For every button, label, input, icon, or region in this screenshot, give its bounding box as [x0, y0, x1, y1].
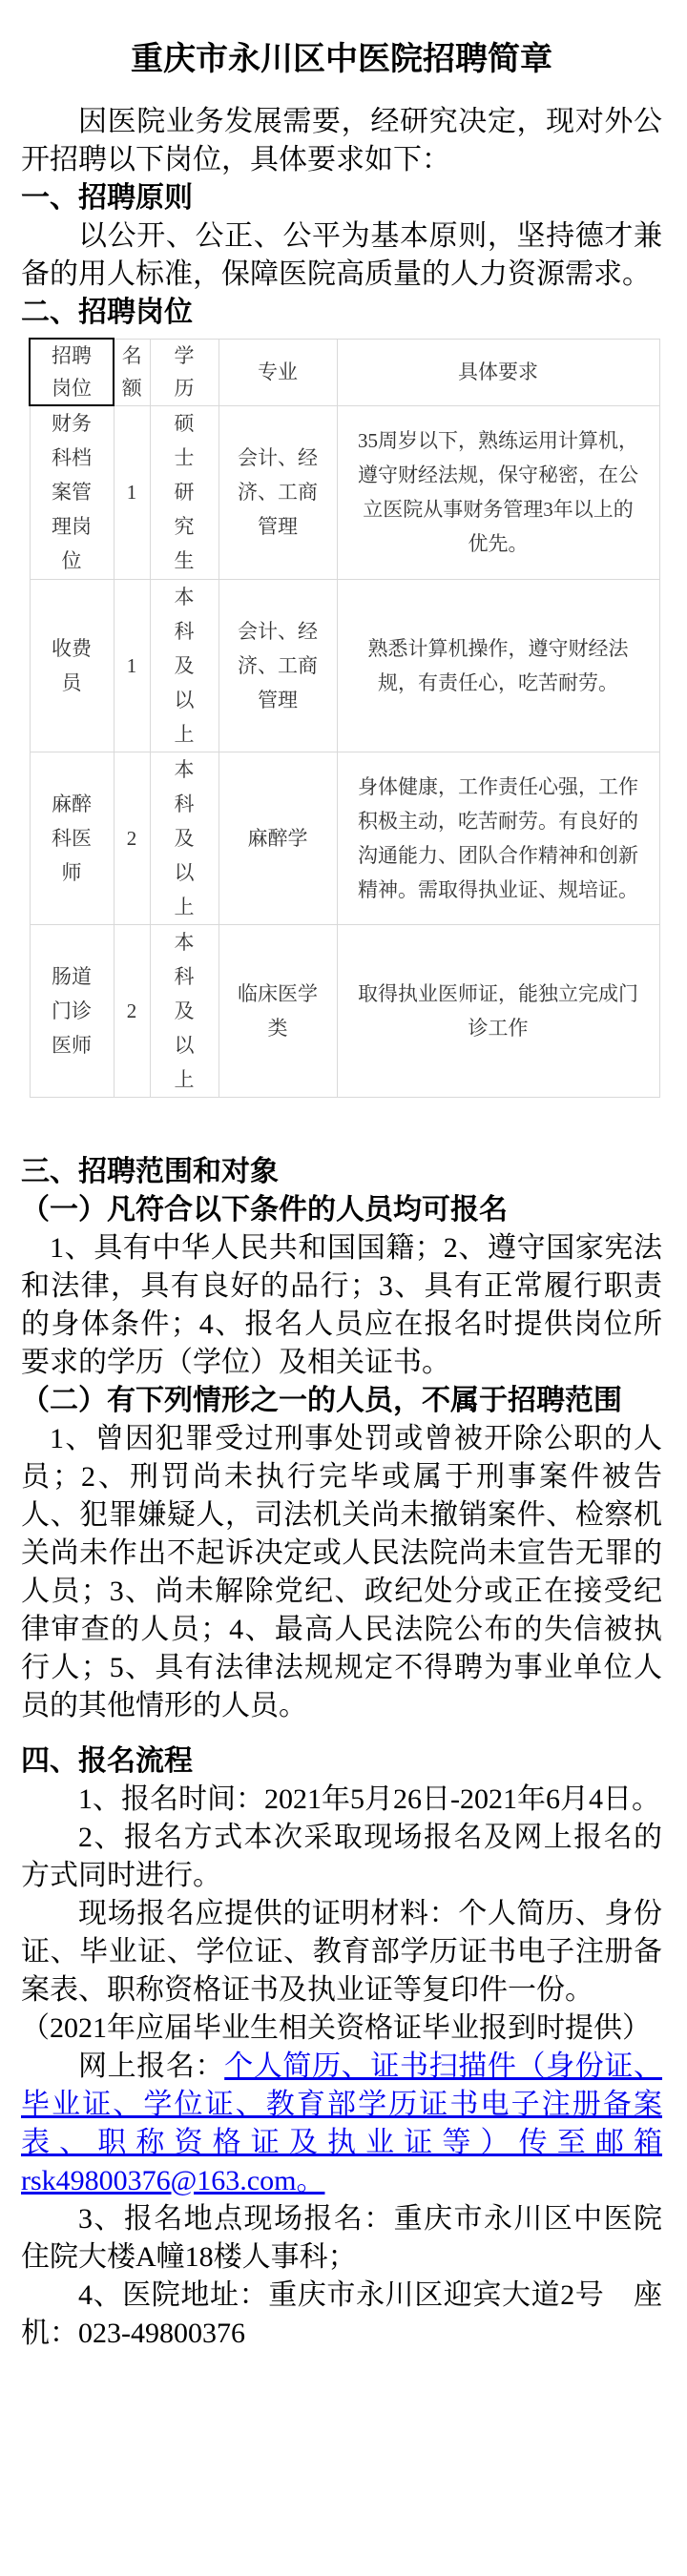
intro-paragraph: 因医院业务发展需要，经研究决定，现对外公开招聘以下岗位，具体要求如下：	[21, 103, 662, 179]
table-row-anesthesiologist: 麻醉科医师 2 本科及以上 麻醉学 身体健康，工作责任心强，工作积极主动，吃苦耐…	[30, 752, 659, 924]
table-row-intestinal-clinic-doctor: 肠道门诊医师 2 本科及以上 临床医学类 取得执业医师证，能独立完成门诊工作	[30, 924, 659, 1097]
cell-requirements: 取得执业医师证，能独立完成门诊工作	[337, 924, 659, 1097]
section-1-heading: 一、招聘原则	[21, 179, 662, 217]
onsite-materials-paragraph: 现场报名应提供的证明材料：个人简历、身份证、毕业证、学位证、教育部学历证书电子注…	[21, 1895, 662, 2009]
cell-post: 收费员	[30, 579, 114, 752]
cell-major: 会计、经济、工商管理	[219, 579, 337, 752]
section-3-sub2-body: 1、曾因犯罪受过刑事处罚或曾被开除公职的人员；2、刑罚尚未执行完毕或属于刑事案件…	[21, 1420, 662, 1725]
cell-major: 临床医学类	[219, 924, 337, 1097]
online-registration-paragraph: 网上报名：个人简历、证书扫描件（身份证、毕业证、学位证、教育部学历证书电子注册备…	[21, 2048, 662, 2200]
cell-requirements: 身体健康，工作责任心强，工作积极主动，吃苦耐劳。有良好的沟通能力、团队合作精神和…	[337, 752, 659, 924]
cell-requirements: 35周岁以下，熟练运用计算机，遵守财经法规，保守秘密，在公立医院从事财务管理3年…	[337, 405, 659, 579]
cell-quota: 1	[114, 579, 150, 752]
section-3-sub2-heading: （二）有下列情形之一的人员，不属于招聘范围	[21, 1382, 662, 1420]
column-header-quota: 名额	[114, 339, 150, 405]
table-header-row: 招聘岗位 名额 学历 专业 具体要求	[30, 339, 659, 405]
column-header-education: 学历	[150, 339, 219, 405]
column-header-major: 专业	[219, 339, 337, 405]
cell-requirements: 熟悉计算机操作，遵守财经法规，有责任心，吃苦耐劳。	[337, 579, 659, 752]
section-1-body: 以公开、公正、公平为基本原则，坚持德才兼备的用人标准，保障医院高质量的人力资源需…	[21, 217, 662, 294]
cell-major: 麻醉学	[219, 752, 337, 924]
column-header-requirements: 具体要求	[337, 339, 659, 405]
cell-major: 会计、经济、工商管理	[219, 405, 337, 579]
cell-quota: 2	[114, 924, 150, 1097]
cell-education: 本科及以上	[150, 924, 219, 1097]
recruitment-announcement-document: 重庆市永川区中医院招聘简章 因医院业务发展需要，经研究决定，现对外公开招聘以下岗…	[0, 0, 687, 2576]
registration-time-item: 1、报名时间：2021年5月26日-2021年6月4日。	[21, 1781, 662, 1819]
section-4-heading: 四、报名流程	[21, 1742, 662, 1781]
table-row-cashier: 收费员 1 本科及以上 会计、经济、工商管理 熟悉计算机操作，遵守财经法规，有责…	[30, 579, 659, 752]
section-2-heading: 二、招聘岗位	[21, 294, 662, 332]
column-header-post: 招聘岗位	[30, 339, 114, 405]
graduates-note-paragraph: （2021年应届毕业生相关资格证毕业报到时提供）	[21, 2009, 662, 2048]
cell-post: 肠道门诊医师	[30, 924, 114, 1097]
cell-post: 财务科档案管理岗位	[30, 405, 114, 579]
cell-education: 硕士研究生	[150, 405, 219, 579]
online-registration-label: 网上报名：	[78, 2050, 224, 2082]
section-3-sub1-body: 1、具有中华人民共和国国籍；2、遵守国家宪法和法律，具有良好的品行；3、具有正常…	[21, 1229, 662, 1382]
cell-quota: 1	[114, 405, 150, 579]
registration-location-item: 3、报名地点现场报名：重庆市永川区中医院住院大楼A幢18楼人事科；	[21, 2200, 662, 2277]
page-title: 重庆市永川区中医院招聘简章	[21, 40, 662, 80]
cell-education: 本科及以上	[150, 752, 219, 924]
section-3-heading: 三、招聘范围和对象	[21, 1153, 662, 1191]
cell-quota: 2	[114, 752, 150, 924]
hospital-address-item: 4、医院地址：重庆市永川区迎宾大道2号 座机：023-49800376	[21, 2277, 662, 2353]
section-3-sub1-heading: （一）凡符合以下条件的人员均可报名	[21, 1191, 662, 1229]
cell-education: 本科及以上	[150, 579, 219, 752]
registration-method-item: 2、报名方式本次采取现场报名及网上报名的方式同时进行。	[21, 1819, 662, 1895]
positions-table: 招聘岗位 名额 学历 专业 具体要求 财务科档案管理岗位 1 硕士研究生 会计、…	[29, 338, 660, 1098]
cell-post: 麻醉科医师	[30, 752, 114, 924]
table-row-finance-archives: 财务科档案管理岗位 1 硕士研究生 会计、经济、工商管理 35周岁以下，熟练运用…	[30, 405, 659, 579]
